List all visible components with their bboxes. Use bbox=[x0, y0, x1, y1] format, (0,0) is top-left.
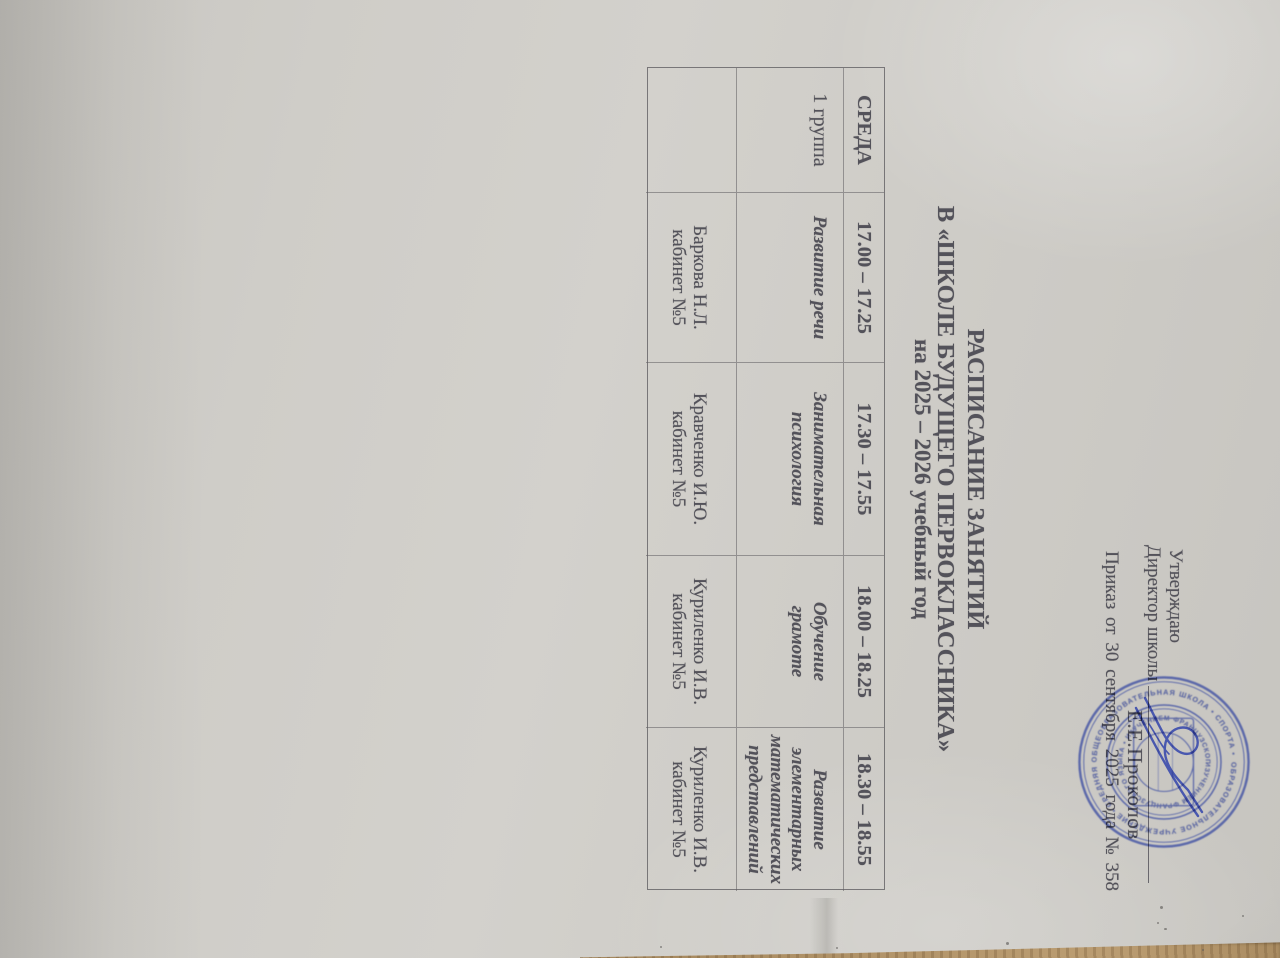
empty-cell bbox=[646, 68, 736, 193]
paper-speck bbox=[1202, 949, 1204, 951]
time-slot-cell-3: 18.00 – 18.25 bbox=[843, 556, 884, 728]
teacher-cell-1: Баркова Н.Л. кабинет №5 bbox=[646, 193, 736, 363]
paper-speck bbox=[1157, 922, 1159, 924]
paper-speck bbox=[836, 947, 838, 949]
time-slot-cell-1: 17.00 – 17.25 bbox=[843, 193, 884, 363]
subject-cell-4: Развитие элементарных математических пре… bbox=[736, 728, 843, 891]
paper-speck bbox=[1164, 928, 1167, 930]
teacher-cell-3: Куриленко И.В. кабинет №5 bbox=[646, 556, 736, 728]
group-label-cell: 1 группа bbox=[736, 68, 843, 193]
teacher-room: кабинет №5 bbox=[668, 593, 689, 690]
paper-speck bbox=[660, 946, 662, 948]
time-slot-cell-2: 17.30 – 17.55 bbox=[843, 363, 884, 556]
time-slot-cell-4: 18.30 – 18.55 bbox=[843, 728, 884, 891]
title-line-1: РАСПИСАНИЕ ЗАНЯТИЙ bbox=[961, 0, 989, 958]
title-line-2: В «ШКОЛЕ БУДУЩЕГО ПЕРВОКЛАССНИКА» bbox=[931, 0, 959, 958]
teacher-room: кабинет №5 bbox=[668, 229, 689, 326]
title-line-3: на 2025 – 2026 учебный год bbox=[909, 0, 935, 958]
teacher-room: кабинет №5 bbox=[668, 411, 689, 508]
subject-cell-1: Развитие речи bbox=[736, 193, 843, 363]
teacher-name: Баркова Н.Л. bbox=[689, 225, 710, 330]
teacher-cell-4: Куриленко И.В. кабинет №5 bbox=[646, 728, 736, 891]
director-label: Директор школы bbox=[1143, 545, 1164, 681]
director-signature bbox=[1129, 694, 1207, 819]
teacher-name: Кравченко И.Ю. bbox=[689, 393, 710, 525]
schedule-paper: Утверждаю Директор школы Е.Е.Прокопов Пр… bbox=[0, 0, 1255, 958]
day-header-cell: СРЕДА bbox=[843, 68, 884, 193]
subject-cell-2: Занимательная психология bbox=[736, 363, 843, 556]
teacher-room: кабинет №5 bbox=[668, 761, 689, 858]
paper-speck bbox=[1160, 906, 1163, 909]
teacher-name: Куриленко И.В. bbox=[689, 746, 710, 873]
document-photo: Утверждаю Директор школы Е.Е.Прокопов Пр… bbox=[0, 0, 1280, 958]
teacher-name: Куриленко И.В. bbox=[689, 578, 710, 705]
approval-line-approved: Утверждаю bbox=[1165, 549, 1186, 643]
schedule-table: СРЕДА 17.00 – 17.25 17.30 – 17.55 18.00 … bbox=[647, 67, 885, 890]
paper-speck bbox=[1006, 942, 1009, 945]
teacher-cell-2: Кравченко И.Ю. кабинет №5 bbox=[646, 363, 736, 556]
paper-speck bbox=[1242, 915, 1244, 917]
subject-cell-3: Обучение грамоте bbox=[736, 556, 843, 728]
